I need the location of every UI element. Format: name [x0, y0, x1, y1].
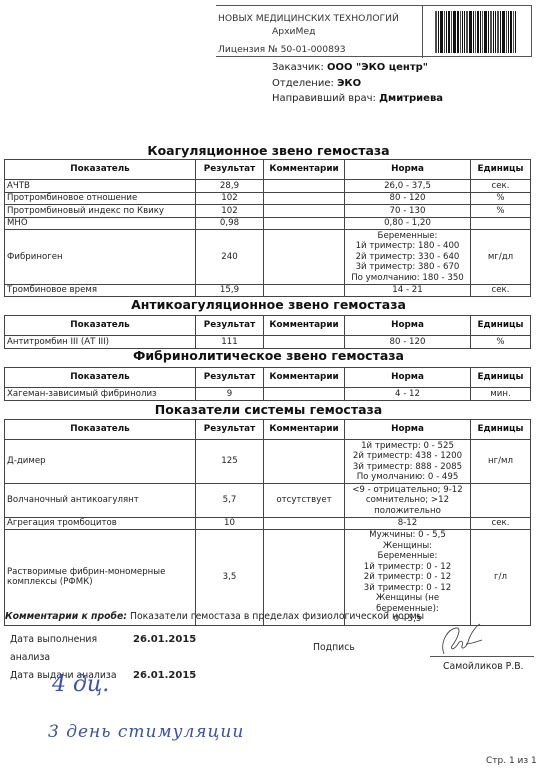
- indicator-name: Антитромбин III (АТ III): [5, 336, 196, 349]
- norm-line: положительно: [347, 506, 468, 517]
- norm-line: <9 - отрицательно; 9-12: [347, 485, 468, 496]
- header-result: Результат: [196, 368, 264, 388]
- norm-value: Беременные:1й триместр: 180 - 4002й трим…: [345, 230, 471, 285]
- table-row: АЧТВ28,926,0 - 37,5сек.: [5, 180, 531, 193]
- performed-date-row: Дата выполнения анализа 26.01.2015: [10, 631, 196, 667]
- units-value: %: [471, 192, 531, 205]
- indicator-name: АЧТВ: [5, 180, 196, 193]
- doctor-line: Направивший врач: Дмитриева: [272, 91, 443, 107]
- norm-line: Мужчины: 0 - 5,5: [347, 530, 468, 541]
- signer-name: Самойликов Р.В.: [443, 661, 524, 672]
- header-indicator: Показатель: [5, 420, 196, 440]
- customer-value: ООО "ЭКО центр": [327, 62, 428, 73]
- header-units: Единицы: [471, 160, 531, 180]
- units-value: [471, 217, 531, 230]
- units-value: нг/мл: [471, 440, 531, 484]
- norm-line: По умолчанию: 0 - 495: [347, 472, 468, 483]
- result-value: 240: [196, 230, 264, 285]
- sample-comment-text: Показатели гемостаза в пределах физиолог…: [130, 611, 424, 622]
- header-result: Результат: [196, 316, 264, 336]
- header-units: Единицы: [471, 316, 531, 336]
- comment-value: отсутствует: [264, 484, 345, 518]
- norm-value: 26,0 - 37,5: [345, 180, 471, 193]
- result-value: 0,98: [196, 217, 264, 230]
- table-header-row: ПоказательРезультатКомментарииНормаЕдини…: [5, 316, 531, 336]
- header-comments: Комментарии: [264, 420, 345, 440]
- comment-value: [264, 388, 345, 401]
- table-row: Д-димер1251й триместр: 0 - 5252й тримест…: [5, 440, 531, 484]
- units-value: %: [471, 336, 531, 349]
- header-indicator: Показатель: [5, 368, 196, 388]
- signature-icon: [436, 622, 486, 658]
- comment-value: [264, 217, 345, 230]
- norm-line: Беременные:: [347, 551, 468, 562]
- indicator-name: Хагеман-зависимый фибринолиз: [5, 388, 196, 401]
- units-value: г/л: [471, 530, 531, 626]
- barcode-box: [422, 6, 532, 58]
- norm-value: 8-12: [345, 517, 471, 530]
- norm-line: 1й триместр: 0 - 12: [347, 562, 468, 573]
- performed-date-value: 26.01.2015: [133, 631, 196, 667]
- header-norm: Норма: [345, 368, 471, 388]
- page-number: Стр. 1 из 1: [486, 756, 537, 766]
- norm-line: 80 - 120: [347, 337, 468, 348]
- norm-line: Женщины:: [347, 541, 468, 552]
- result-value: 125: [196, 440, 264, 484]
- section-title: Показатели системы гемостаза: [0, 402, 537, 417]
- results-table: ПоказательРезультатКомментарииНормаЕдини…: [4, 419, 531, 626]
- header-comments: Комментарии: [264, 368, 345, 388]
- result-value: 10: [196, 517, 264, 530]
- result-value: 102: [196, 192, 264, 205]
- client-info: Заказчик: ООО "ЭКО центр" Отделение: ЭКО…: [272, 60, 443, 107]
- norm-value: 80 - 120: [345, 336, 471, 349]
- comment-value: [264, 336, 345, 349]
- norm-value: 1й триместр: 0 - 5252й триместр: 438 - 1…: [345, 440, 471, 484]
- indicator-name: МНО: [5, 217, 196, 230]
- units-value: сек.: [471, 180, 531, 193]
- section-title: Фибринолитическое звено гемостаза: [0, 348, 537, 363]
- indicator-name: Волчаночный антикоагулянт: [5, 484, 196, 518]
- result-value: 9: [196, 388, 264, 401]
- units-value: сек.: [471, 517, 531, 530]
- header-units: Единицы: [471, 368, 531, 388]
- handwritten-note-2: 3 день стимуляции: [48, 722, 244, 742]
- result-value: 102: [196, 205, 264, 218]
- results-table: ПоказательРезультатКомментарииНормаЕдини…: [4, 367, 531, 401]
- norm-line: 2й триместр: 438 - 1200: [347, 451, 468, 462]
- norm-line: 4 - 12: [347, 389, 468, 400]
- norm-line: 14 - 21: [347, 285, 468, 296]
- table-row: Хагеман-зависимый фибринолиз94 - 12мин.: [5, 388, 531, 401]
- norm-line: 70 - 130: [347, 206, 468, 217]
- table-header-row: ПоказательРезультатКомментарииНормаЕдини…: [5, 160, 531, 180]
- units-value: мг/дл: [471, 230, 531, 285]
- norm-line: 26,0 - 37,5: [347, 181, 468, 192]
- customer-label: Заказчик:: [272, 62, 324, 73]
- department-value: ЭКО: [337, 78, 361, 89]
- comment-value: [264, 517, 345, 530]
- comment-value: [264, 284, 345, 297]
- norm-value: 0,80 - 1,20: [345, 217, 471, 230]
- table-row: Протромбиновое отношение10280 - 120%: [5, 192, 531, 205]
- indicator-name: Д-димер: [5, 440, 196, 484]
- table-row: МНО0,980,80 - 1,20: [5, 217, 531, 230]
- norm-line: сомнительно; >12: [347, 495, 468, 506]
- comment-value: [264, 440, 345, 484]
- norm-line: 80 - 120: [347, 193, 468, 204]
- norm-value: 14 - 21: [345, 284, 471, 297]
- table-row: Антитромбин III (АТ III)11180 - 120%: [5, 336, 531, 349]
- table-row: Фибриноген240Беременные:1й триместр: 180…: [5, 230, 531, 285]
- units-value: мин.: [471, 388, 531, 401]
- table-header-row: ПоказательРезультатКомментарииНормаЕдини…: [5, 420, 531, 440]
- result-value: 111: [196, 336, 264, 349]
- norm-line: 1й триместр: 180 - 400: [347, 241, 468, 252]
- header-result: Результат: [196, 420, 264, 440]
- norm-line: 3й триместр: 380 - 670: [347, 262, 468, 273]
- comment-value: [264, 205, 345, 218]
- results-table: ПоказательРезультатКомментарииНормаЕдини…: [4, 315, 531, 349]
- comment-value: [264, 192, 345, 205]
- header-comments: Комментарии: [264, 160, 345, 180]
- header-comments: Комментарии: [264, 316, 345, 336]
- barcode-icon: [435, 11, 529, 53]
- norm-value: 70 - 130: [345, 205, 471, 218]
- table-row: Агрегация тромбоцитов108-12сек.: [5, 517, 531, 530]
- results-table: ПоказательРезультатКомментарииНормаЕдини…: [4, 159, 531, 297]
- units-value: [471, 484, 531, 518]
- doctor-value: Дмитриева: [379, 93, 443, 104]
- issued-date-value: 26.01.2015: [133, 667, 196, 685]
- norm-value: 4 - 12: [345, 388, 471, 401]
- norm-line: 3й триместр: 0 - 12: [347, 583, 468, 594]
- comment-value: [264, 180, 345, 193]
- department-line: Отделение: ЭКО: [272, 76, 443, 92]
- lab-license: Лицензия № 50-01-000893: [218, 44, 346, 55]
- signature-line: [430, 656, 534, 657]
- table-row: Протромбиновый индекс по Квику10270 - 13…: [5, 205, 531, 218]
- indicator-name: Агрегация тромбоцитов: [5, 517, 196, 530]
- header-norm: Норма: [345, 420, 471, 440]
- table-row: Волчаночный антикоагулянт5,7отсутствует<…: [5, 484, 531, 518]
- table-row: Тромбиновое время15,914 - 21сек.: [5, 284, 531, 297]
- section-title: Коагуляционное звено гемостаза: [0, 143, 537, 158]
- customer-line: Заказчик: ООО "ЭКО центр": [272, 60, 443, 76]
- result-value: 15,9: [196, 284, 264, 297]
- norm-line: 1й триместр: 0 - 525: [347, 441, 468, 452]
- norm-line: 3й триместр: 888 - 2085: [347, 462, 468, 473]
- comment-value: [264, 230, 345, 285]
- indicator-name: Тромбиновое время: [5, 284, 196, 297]
- handwritten-note-1: 4 дц.: [52, 672, 109, 697]
- performed-date-label: Дата выполнения анализа: [10, 631, 133, 667]
- doctor-label: Направивший врач:: [272, 93, 376, 104]
- section-title: Антикоагуляционное звено гемостаза: [0, 297, 537, 312]
- indicator-name: Фибриноген: [5, 230, 196, 285]
- indicator-name: Протромбиновое отношение: [5, 192, 196, 205]
- norm-line: По умолчанию: 180 - 350: [347, 273, 468, 284]
- sample-comment: Комментарии к пробе: Показатели гемостаз…: [5, 611, 424, 622]
- header-norm: Норма: [345, 160, 471, 180]
- units-value: сек.: [471, 284, 531, 297]
- units-value: %: [471, 205, 531, 218]
- header-norm: Норма: [345, 316, 471, 336]
- norm-value: <9 - отрицательно; 9-12сомнительно; >12п…: [345, 484, 471, 518]
- sample-comment-label: Комментарии к пробе:: [5, 611, 127, 622]
- lab-header: НОВЫХ МЕДИЦИНСКИХ ТЕХНОЛОГИЙ АрхиМед Лиц…: [216, 5, 532, 57]
- norm-line: 0,80 - 1,20: [347, 218, 468, 229]
- norm-value: 80 - 120: [345, 192, 471, 205]
- result-value: 5,7: [196, 484, 264, 518]
- table-header-row: ПоказательРезультатКомментарииНормаЕдини…: [5, 368, 531, 388]
- department-label: Отделение:: [272, 78, 334, 89]
- lab-subname: АрхиМед: [272, 26, 315, 37]
- lab-name: НОВЫХ МЕДИЦИНСКИХ ТЕХНОЛОГИЙ: [218, 13, 399, 24]
- header-indicator: Показатель: [5, 316, 196, 336]
- header-result: Результат: [196, 160, 264, 180]
- norm-line: 2й триместр: 330 - 640: [347, 252, 468, 263]
- norm-line: 8-12: [347, 518, 468, 529]
- header-indicator: Показатель: [5, 160, 196, 180]
- norm-line: Беременные:: [347, 231, 468, 242]
- indicator-name: Протромбиновый индекс по Квику: [5, 205, 196, 218]
- header-units: Единицы: [471, 420, 531, 440]
- result-value: 28,9: [196, 180, 264, 193]
- norm-line: 2й триместр: 0 - 12: [347, 572, 468, 583]
- signature-label: Подпись: [313, 642, 355, 653]
